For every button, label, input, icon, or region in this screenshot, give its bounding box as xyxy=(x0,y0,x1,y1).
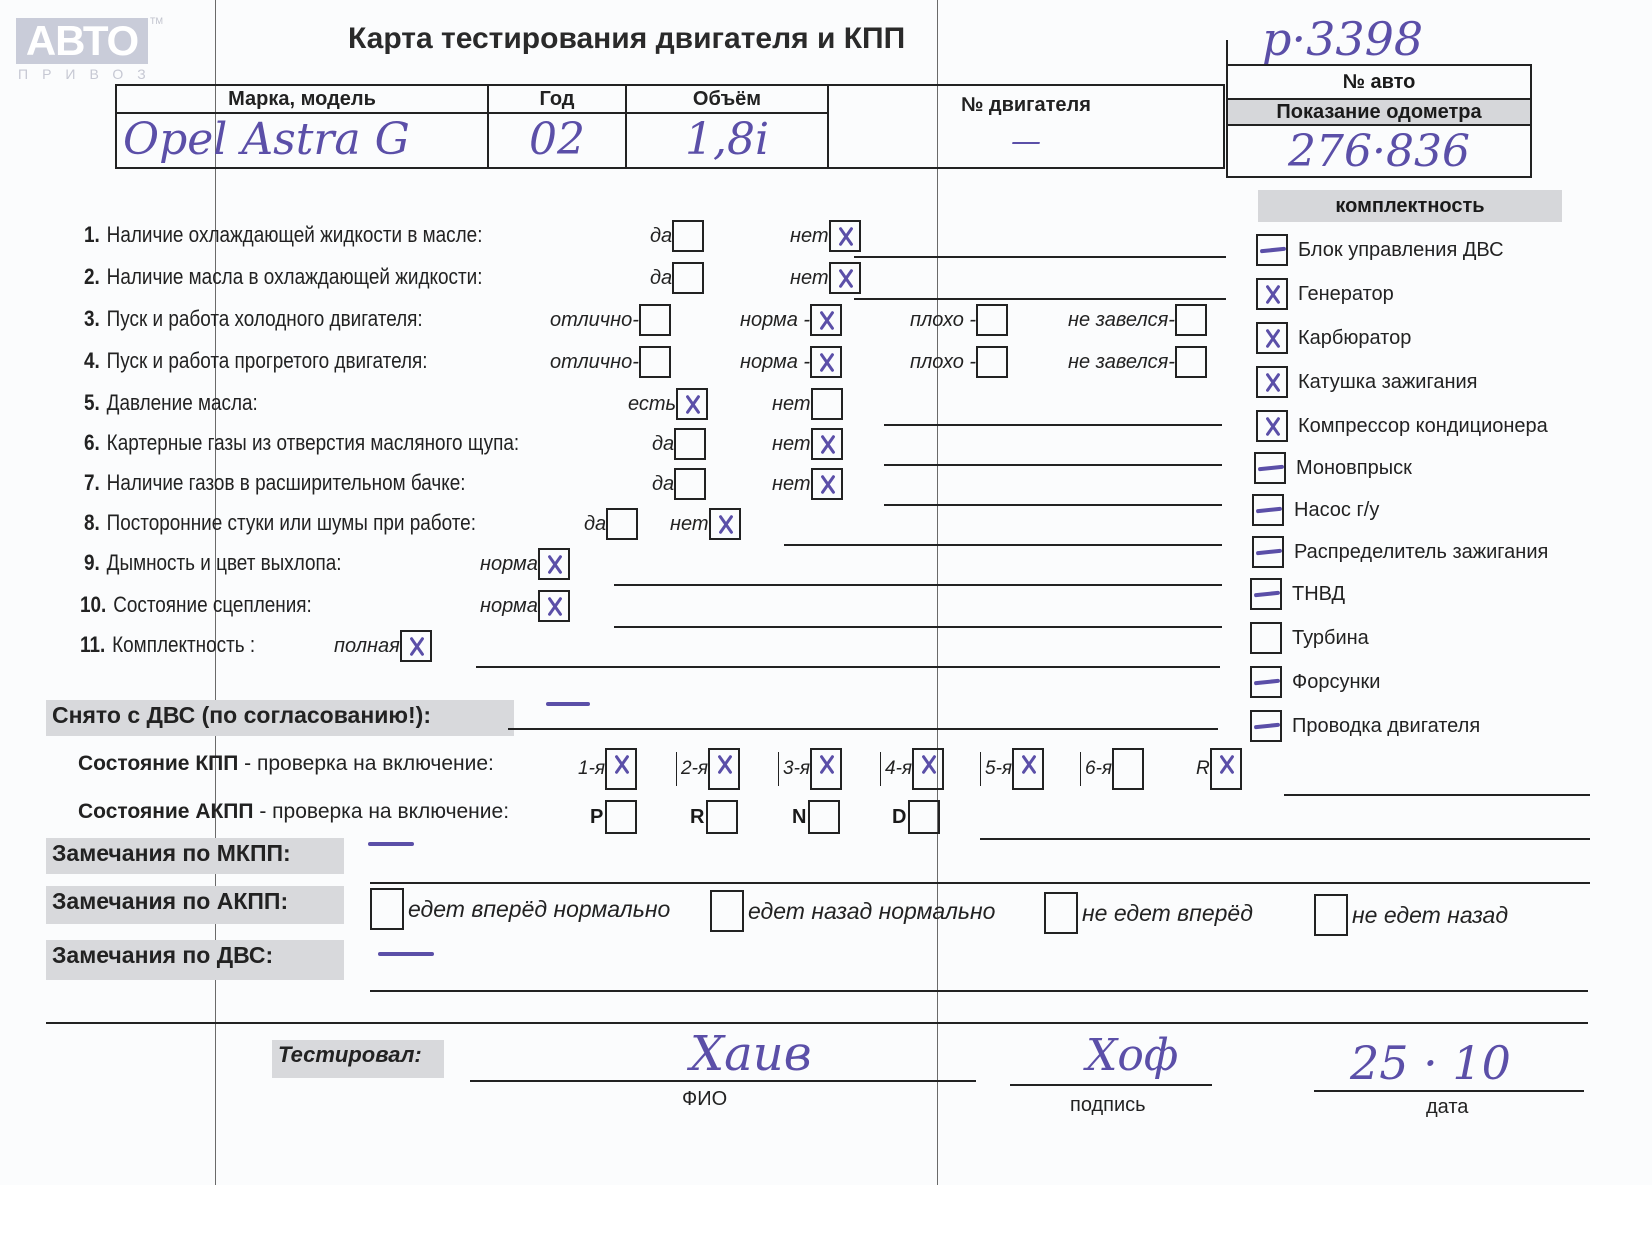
question-1: 1.Наличие охлаждающей жидкости в масле: xyxy=(84,222,482,248)
question-text: Картерные газы из отверстия масляного щу… xyxy=(107,430,519,455)
completeness-checkbox[interactable] xyxy=(1250,710,1282,742)
question-number: 2. xyxy=(84,264,100,289)
completeness-label: Форсунки xyxy=(1292,671,1380,694)
question-3-option[interactable]: норма - xyxy=(740,304,842,336)
car-number-value[interactable]: p·3398 xyxy=(1262,12,1423,66)
logo: АВТО xyxy=(16,18,148,64)
option-checkbox[interactable] xyxy=(810,304,842,336)
akpp-mode-R[interactable]: R xyxy=(690,800,738,834)
gear-checkbox[interactable] xyxy=(708,748,740,790)
tester-name-value[interactable]: Хаив xyxy=(690,1026,812,1082)
akpp-remark-label: едет назад нормально xyxy=(748,898,995,925)
kpp-gear-3-я[interactable]: 3-я xyxy=(778,748,842,790)
dvs-remarks-line[interactable] xyxy=(370,990,1588,992)
date-value[interactable]: 25 · 10 xyxy=(1350,1036,1511,1090)
question-notes-line[interactable] xyxy=(854,256,1226,258)
question-notes-line[interactable] xyxy=(476,666,1220,668)
option-checkbox[interactable] xyxy=(400,630,432,662)
question-6: 6.Картерные газы из отверстия масляного … xyxy=(84,430,519,456)
question-number: 11. xyxy=(80,632,105,657)
question-text: Состояние сцепления: xyxy=(113,592,312,617)
question-notes-line[interactable] xyxy=(884,464,1222,466)
header-cell-year: Год 02 xyxy=(489,86,627,167)
question-text: Посторонние стуки или шумы при работе: xyxy=(107,510,476,535)
completeness-label: Проводка двигателя xyxy=(1292,715,1480,738)
kpp-gear-6-я[interactable]: 6-я xyxy=(1080,748,1144,790)
question-4: 4.Пуск и работа прогретого двигателя: xyxy=(84,348,428,374)
akpp-remark-option[interactable]: не едет вперёд xyxy=(1044,892,1253,934)
option-checkbox[interactable] xyxy=(1175,304,1207,336)
option-checkbox[interactable] xyxy=(709,508,741,540)
question-text: Давление масла: xyxy=(107,390,258,415)
name-caption: ФИО xyxy=(682,1088,727,1111)
gear-label: 1-я xyxy=(578,758,605,780)
question-8: 8.Посторонние стуки или шумы при работе: xyxy=(84,510,476,536)
question-8-option[interactable]: нет xyxy=(670,508,741,540)
question-3: 3.Пуск и работа холодного двигателя: xyxy=(84,306,423,332)
completeness-checkbox[interactable] xyxy=(1256,366,1288,398)
option-label: плохо - xyxy=(910,309,976,332)
mkpp-remarks-dash xyxy=(368,842,414,846)
question-4-option[interactable]: плохо - xyxy=(910,346,1008,378)
option-label: полная xyxy=(334,635,400,658)
mkpp-remarks-line[interactable] xyxy=(370,882,1590,884)
akpp-remarks-label: Замечания по АКПП: xyxy=(46,886,344,924)
option-label: норма - xyxy=(740,351,810,374)
akpp-remark-checkbox[interactable] xyxy=(1044,892,1078,934)
logo-subtitle: ПРИВОЗ xyxy=(18,66,160,82)
gear-label: R xyxy=(1196,758,1210,780)
option-label: да xyxy=(650,225,672,248)
question-text: Наличие охлаждающей жидкости в масле: xyxy=(107,222,483,247)
gear-checkbox[interactable] xyxy=(605,748,637,790)
question-number: 1. xyxy=(84,222,100,247)
question-1-option[interactable]: да xyxy=(650,220,704,252)
completeness-label: Насос г/у xyxy=(1294,499,1379,522)
question-number: 9. xyxy=(84,550,100,575)
question-notes-line[interactable] xyxy=(884,424,1222,426)
question-5-option[interactable]: есть xyxy=(628,388,708,420)
removed-section-label: Снято с ДВС (по согласованию!): xyxy=(46,700,514,736)
dvs-remarks-label: Замечания по ДВС: xyxy=(46,940,344,980)
completeness-item[interactable]: Проводка двигателя xyxy=(1250,710,1480,742)
question-7-option[interactable]: нет xyxy=(772,468,843,500)
option-label: да xyxy=(652,473,674,496)
option-label: нет xyxy=(772,393,811,416)
gear-divider xyxy=(980,752,981,786)
question-5: 5.Давление масла: xyxy=(84,390,258,416)
model-label: Марка, модель xyxy=(117,86,487,114)
dvs-remarks-dash xyxy=(378,952,434,956)
question-number: 3. xyxy=(84,306,100,331)
akpp-remark-option[interactable]: едет назад нормально xyxy=(710,890,995,932)
question-number: 10. xyxy=(80,592,106,617)
separator-line xyxy=(46,1022,1588,1024)
engine-number-value[interactable]: — xyxy=(829,124,1223,159)
kpp-gear-2-я[interactable]: 2-я xyxy=(676,748,740,790)
akpp-mode-D[interactable]: D xyxy=(892,800,940,834)
question-notes-line[interactable] xyxy=(854,298,1226,300)
completeness-label: Моновпрыск xyxy=(1296,457,1412,480)
option-checkbox[interactable] xyxy=(829,262,861,294)
question-text: Дымность и цвет выхлопа: xyxy=(107,550,342,575)
akpp-mode-checkbox[interactable] xyxy=(908,800,940,834)
form-title: Карта тестирования двигателя и КПП xyxy=(348,22,905,56)
gear-divider xyxy=(676,752,677,786)
completeness-checkbox[interactable] xyxy=(1252,536,1284,568)
gear-label: 5-я xyxy=(985,758,1012,780)
kpp-notes-line[interactable] xyxy=(1284,794,1590,796)
akpp-remark-checkbox[interactable] xyxy=(1314,894,1348,936)
logo-tm: TM xyxy=(150,16,163,26)
scanned-form: АВТО TM ПРИВОЗ Карта тестирования двигат… xyxy=(0,0,1652,1185)
question-6-option[interactable]: нет xyxy=(772,428,843,460)
completeness-label: ТНВД xyxy=(1292,583,1345,606)
option-label: да xyxy=(652,433,674,456)
completeness-item[interactable]: Блок управления ДВС xyxy=(1256,234,1504,266)
completeness-label: Блок управления ДВС xyxy=(1298,239,1504,262)
completeness-checkbox[interactable] xyxy=(1254,452,1286,484)
question-text: Наличие газов в расширительном бачке: xyxy=(107,470,466,495)
completeness-item[interactable]: Моновпрыск xyxy=(1254,452,1412,484)
akpp-remark-checkbox[interactable] xyxy=(370,888,404,930)
engine-number-label: № двигателя xyxy=(829,86,1223,118)
completeness-item[interactable]: Распределитель зажигания xyxy=(1252,536,1548,568)
tested-by-label: Тестировал: xyxy=(272,1040,444,1078)
option-label: отлично- xyxy=(550,309,639,332)
question-4-option[interactable]: отлично- xyxy=(550,346,671,378)
option-label: нет xyxy=(670,513,709,536)
option-checkbox[interactable] xyxy=(672,262,704,294)
akpp-mode-checkbox[interactable] xyxy=(605,800,637,834)
option-label: да xyxy=(584,513,606,536)
header-cell-engine-number: № двигателя — xyxy=(829,86,1223,167)
akpp-mode-label: R xyxy=(690,806,704,829)
kpp-gear-4-я[interactable]: 4-я xyxy=(880,748,944,790)
akpp-mode-label: P xyxy=(590,806,603,829)
option-label: норма xyxy=(480,553,538,576)
question-notes-line[interactable] xyxy=(614,626,1222,628)
question-number: 4. xyxy=(84,348,100,373)
question-3-option[interactable]: не завелся- xyxy=(1068,304,1207,336)
option-label: плохо - xyxy=(910,351,976,374)
removed-input-line[interactable] xyxy=(508,728,1218,730)
option-checkbox[interactable] xyxy=(538,590,570,622)
question-10: 10.Состояние сцепления: xyxy=(80,592,312,618)
volume-label: Объём xyxy=(627,86,827,114)
completeness-label: Турбина xyxy=(1292,627,1369,650)
question-7-option[interactable]: да xyxy=(652,468,706,500)
kpp-gear-5-я[interactable]: 5-я xyxy=(980,748,1044,790)
removed-value-dash xyxy=(546,702,590,706)
option-label: нет xyxy=(772,473,811,496)
question-notes-line[interactable] xyxy=(784,544,1222,546)
gear-checkbox[interactable] xyxy=(1112,748,1144,790)
completeness-label: Генератор xyxy=(1298,283,1394,306)
question-text: Пуск и работа прогретого двигателя: xyxy=(107,348,428,373)
akpp-remark-label: едет вперёд нормально xyxy=(408,896,670,923)
question-4-option[interactable]: не завелся- xyxy=(1068,346,1207,378)
akpp-mode-checkbox[interactable] xyxy=(808,800,840,834)
question-1-option[interactable]: нет xyxy=(790,220,861,252)
question-3-option[interactable]: отлично- xyxy=(550,304,671,336)
gear-divider xyxy=(778,752,779,786)
question-number: 6. xyxy=(84,430,100,455)
signature-caption: подпись xyxy=(1070,1094,1146,1117)
question-7: 7.Наличие газов в расширительном бачке: xyxy=(84,470,466,496)
car-number-odometer-box: № авто Показание одометра 276·836 xyxy=(1226,64,1532,178)
option-checkbox[interactable] xyxy=(976,304,1008,336)
gear-divider xyxy=(880,752,881,786)
question-6-option[interactable]: да xyxy=(652,428,706,460)
completeness-label: Распределитель зажигания xyxy=(1294,541,1548,564)
option-checkbox[interactable] xyxy=(674,468,706,500)
question-text: Пуск и работа холодного двигателя: xyxy=(107,306,423,331)
akpp-mode-checkbox[interactable] xyxy=(706,800,738,834)
completeness-item[interactable]: Турбина xyxy=(1250,622,1369,654)
akpp-mode-label: N xyxy=(792,806,806,829)
akpp-label: Состояние АКПП - проверка на включение: xyxy=(78,800,509,824)
question-10-option[interactable]: норма xyxy=(480,590,570,622)
option-label: нет xyxy=(772,433,811,456)
year-label: Год xyxy=(489,86,625,114)
option-label: да xyxy=(650,267,672,290)
completeness-checkbox[interactable] xyxy=(1256,322,1288,354)
completeness-item[interactable]: Катушка зажигания xyxy=(1256,366,1478,398)
gear-checkbox[interactable] xyxy=(912,748,944,790)
completeness-checkbox[interactable] xyxy=(1252,494,1284,526)
option-checkbox[interactable] xyxy=(674,428,706,460)
completeness-item[interactable]: ТНВД xyxy=(1250,578,1345,610)
completeness-item[interactable]: Форсунки xyxy=(1250,666,1380,698)
model-value[interactable]: Opel Astra G xyxy=(123,114,487,165)
question-3-option[interactable]: плохо - xyxy=(910,304,1008,336)
odometer-value[interactable]: 276·836 xyxy=(1228,126,1530,177)
date-line xyxy=(1314,1090,1584,1092)
gear-label: 3-я xyxy=(783,758,810,780)
option-checkbox[interactable] xyxy=(639,304,671,336)
volume-value[interactable]: 1,8i xyxy=(627,114,827,165)
gear-label: 6-я xyxy=(1085,758,1112,780)
signature-line xyxy=(1010,1084,1212,1086)
question-8-option[interactable]: да xyxy=(584,508,638,540)
completeness-item[interactable]: Компрессор кондиционера xyxy=(1256,410,1548,442)
completeness-checkbox[interactable] xyxy=(1256,410,1288,442)
question-text: Комплектность : xyxy=(112,632,255,657)
gear-label: 2-я xyxy=(681,758,708,780)
completeness-item[interactable]: Генератор xyxy=(1256,278,1394,310)
option-checkbox[interactable] xyxy=(976,346,1008,378)
gear-label: 4-я xyxy=(885,758,912,780)
option-label: норма - xyxy=(740,309,810,332)
option-label: отлично- xyxy=(550,351,639,374)
completeness-item[interactable]: Карбюратор xyxy=(1256,322,1411,354)
option-label: нет xyxy=(790,267,829,290)
question-9-option[interactable]: норма xyxy=(480,548,570,580)
option-checkbox[interactable] xyxy=(829,220,861,252)
car-number-label: № авто xyxy=(1228,64,1530,100)
completeness-label: Компрессор кондиционера xyxy=(1298,415,1548,438)
car-number-divider xyxy=(1226,40,1228,64)
question-2-option[interactable]: нет xyxy=(790,262,861,294)
question-11-option[interactable]: полная xyxy=(334,630,432,662)
completeness-checkbox[interactable] xyxy=(1256,234,1288,266)
year-value[interactable]: 02 xyxy=(489,114,625,165)
completeness-checkbox[interactable] xyxy=(1250,666,1282,698)
question-number: 8. xyxy=(84,510,100,535)
option-checkbox[interactable] xyxy=(606,508,638,540)
question-5-option[interactable]: нет xyxy=(772,388,843,420)
option-checkbox[interactable] xyxy=(672,220,704,252)
question-9: 9.Дымность и цвет выхлопа: xyxy=(84,550,342,576)
fold-line xyxy=(937,0,938,1185)
gear-divider xyxy=(1080,752,1081,786)
kpp-gear-R[interactable]: R xyxy=(1196,748,1242,790)
option-checkbox[interactable] xyxy=(811,428,843,460)
akpp-remark-option[interactable]: едет вперёд нормально xyxy=(370,888,670,930)
question-2-option[interactable]: да xyxy=(650,262,704,294)
name-line xyxy=(470,1080,976,1082)
gear-checkbox[interactable] xyxy=(1012,748,1044,790)
header-cell-model: Марка, модель Opel Astra G xyxy=(117,86,489,167)
akpp-mode-label: D xyxy=(892,806,906,829)
gear-checkbox[interactable] xyxy=(1210,748,1242,790)
akpp-notes-line[interactable] xyxy=(980,838,1590,840)
option-checkbox[interactable] xyxy=(639,346,671,378)
question-11: 11.Комплектность : xyxy=(80,632,255,658)
question-notes-line[interactable] xyxy=(614,584,1222,586)
odometer-label: Показание одометра xyxy=(1228,100,1530,126)
question-2: 2.Наличие масла в охлаждающей жидкости: xyxy=(84,264,482,290)
kpp-label: Состояние КПП - проверка на включение: xyxy=(78,752,494,776)
gear-checkbox[interactable] xyxy=(810,748,842,790)
option-label: не завелся- xyxy=(1068,351,1175,374)
completeness-checkbox[interactable] xyxy=(1250,578,1282,610)
mkpp-remarks-label: Замечания по МКПП: xyxy=(46,838,344,874)
completeness-checkbox[interactable] xyxy=(1250,622,1282,654)
option-checkbox[interactable] xyxy=(676,388,708,420)
option-checkbox[interactable] xyxy=(538,548,570,580)
completeness-label: Карбюратор xyxy=(1298,327,1411,350)
question-notes-line[interactable] xyxy=(884,504,1222,506)
signature-value[interactable]: Хоф xyxy=(1086,1030,1178,1081)
akpp-mode-N[interactable]: N xyxy=(792,800,840,834)
option-label: нет xyxy=(790,225,829,248)
question-text: Наличие масла в охлаждающей жидкости: xyxy=(107,264,483,289)
option-checkbox[interactable] xyxy=(810,346,842,378)
akpp-mode-P[interactable]: P xyxy=(590,800,637,834)
date-caption: дата xyxy=(1426,1096,1468,1119)
option-checkbox[interactable] xyxy=(811,388,843,420)
option-checkbox[interactable] xyxy=(811,468,843,500)
question-number: 7. xyxy=(84,470,100,495)
completeness-checkbox[interactable] xyxy=(1256,278,1288,310)
question-4-option[interactable]: норма - xyxy=(740,346,842,378)
akpp-remark-option[interactable]: не едет назад xyxy=(1314,894,1508,936)
akpp-remark-label: не едет назад xyxy=(1352,902,1508,929)
kpp-gear-1-я[interactable]: 1-я xyxy=(578,748,637,790)
option-checkbox[interactable] xyxy=(1175,346,1207,378)
option-label: не завелся- xyxy=(1068,309,1175,332)
akpp-remark-checkbox[interactable] xyxy=(710,890,744,932)
completeness-item[interactable]: Насос г/у xyxy=(1252,494,1379,526)
question-number: 5. xyxy=(84,390,100,415)
completeness-header: комплектность xyxy=(1258,190,1562,222)
completeness-label: Катушка зажигания xyxy=(1298,371,1478,394)
option-label: норма xyxy=(480,595,538,618)
akpp-remark-label: не едет вперёд xyxy=(1082,900,1253,927)
vehicle-info-table: Марка, модель Opel Astra G Год 02 Объём … xyxy=(115,84,1225,169)
header-cell-volume: Объём 1,8i xyxy=(627,86,829,167)
option-label: есть xyxy=(628,393,676,416)
